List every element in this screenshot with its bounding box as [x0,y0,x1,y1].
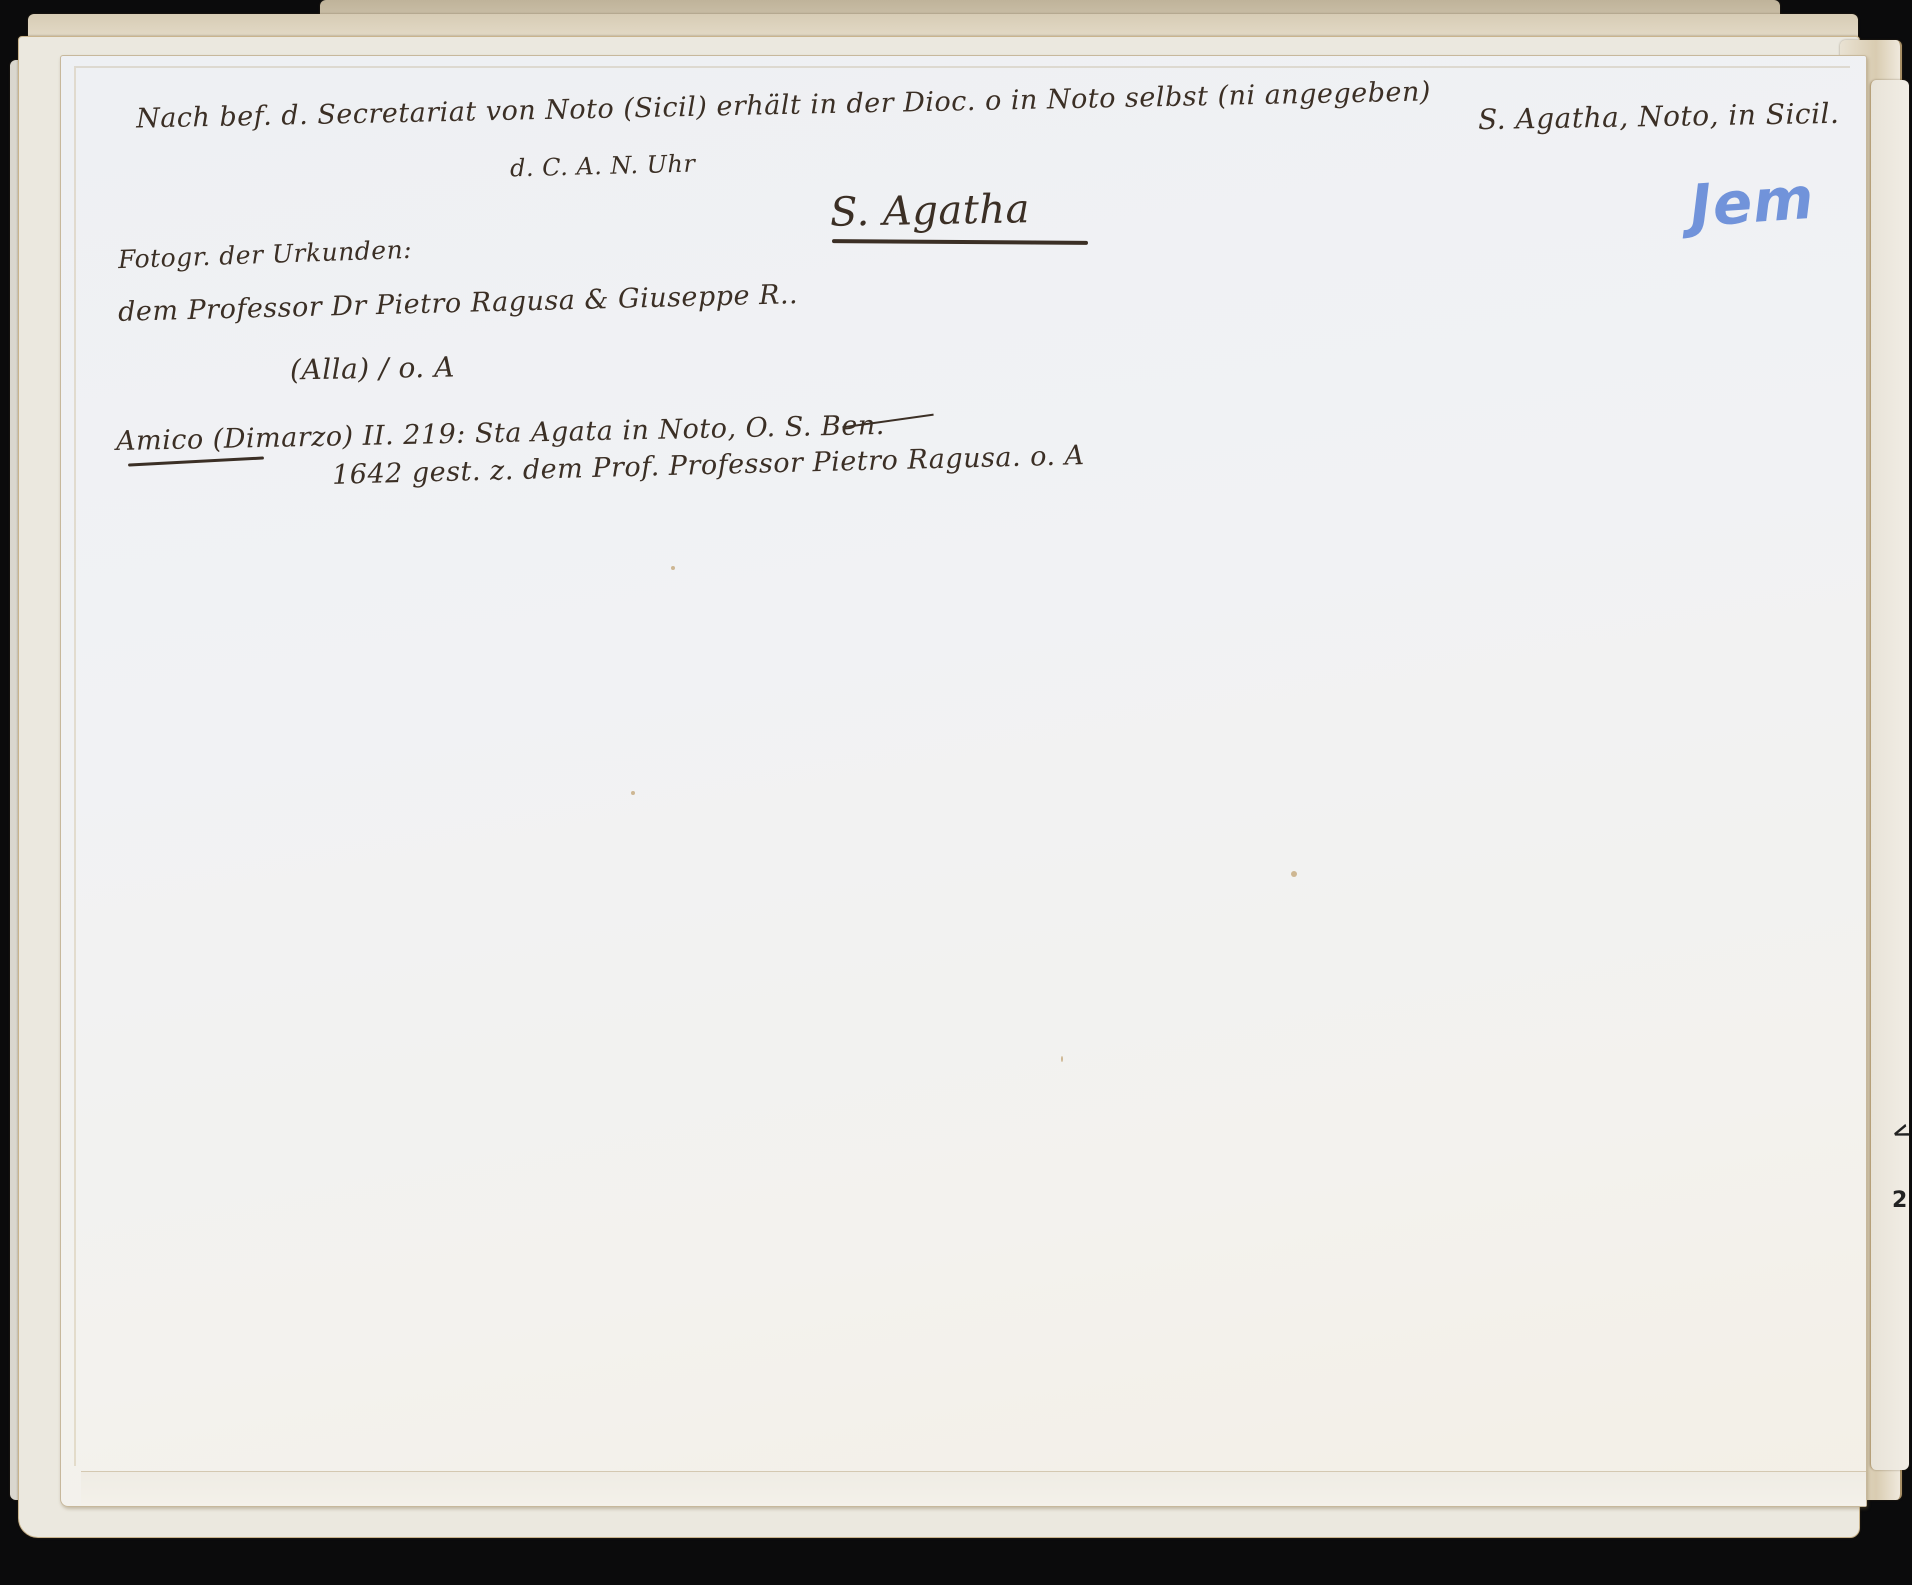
body-line-alla: (Alla) / o. A [290,351,455,387]
card-bottom-edge [81,1471,1866,1506]
card-heading: S. Agatha [830,186,1031,235]
edge-mark-number: 2 [1892,1188,1907,1213]
blue-pencil-mark: Jem [1688,164,1817,241]
paper-stack-right-outer-edge [1870,80,1909,1470]
card-inner-margin [74,66,1850,1466]
paper-speck [631,791,635,795]
index-card [60,55,1867,1507]
paper-speck [1061,1056,1063,1062]
card-caption: S. Agatha, Noto, in Sicil. [1478,97,1840,136]
paper-speck [1291,871,1297,877]
secretariat-note-continuation: d. C. A. N. Uhr [510,150,696,183]
paper-speck [671,566,675,570]
